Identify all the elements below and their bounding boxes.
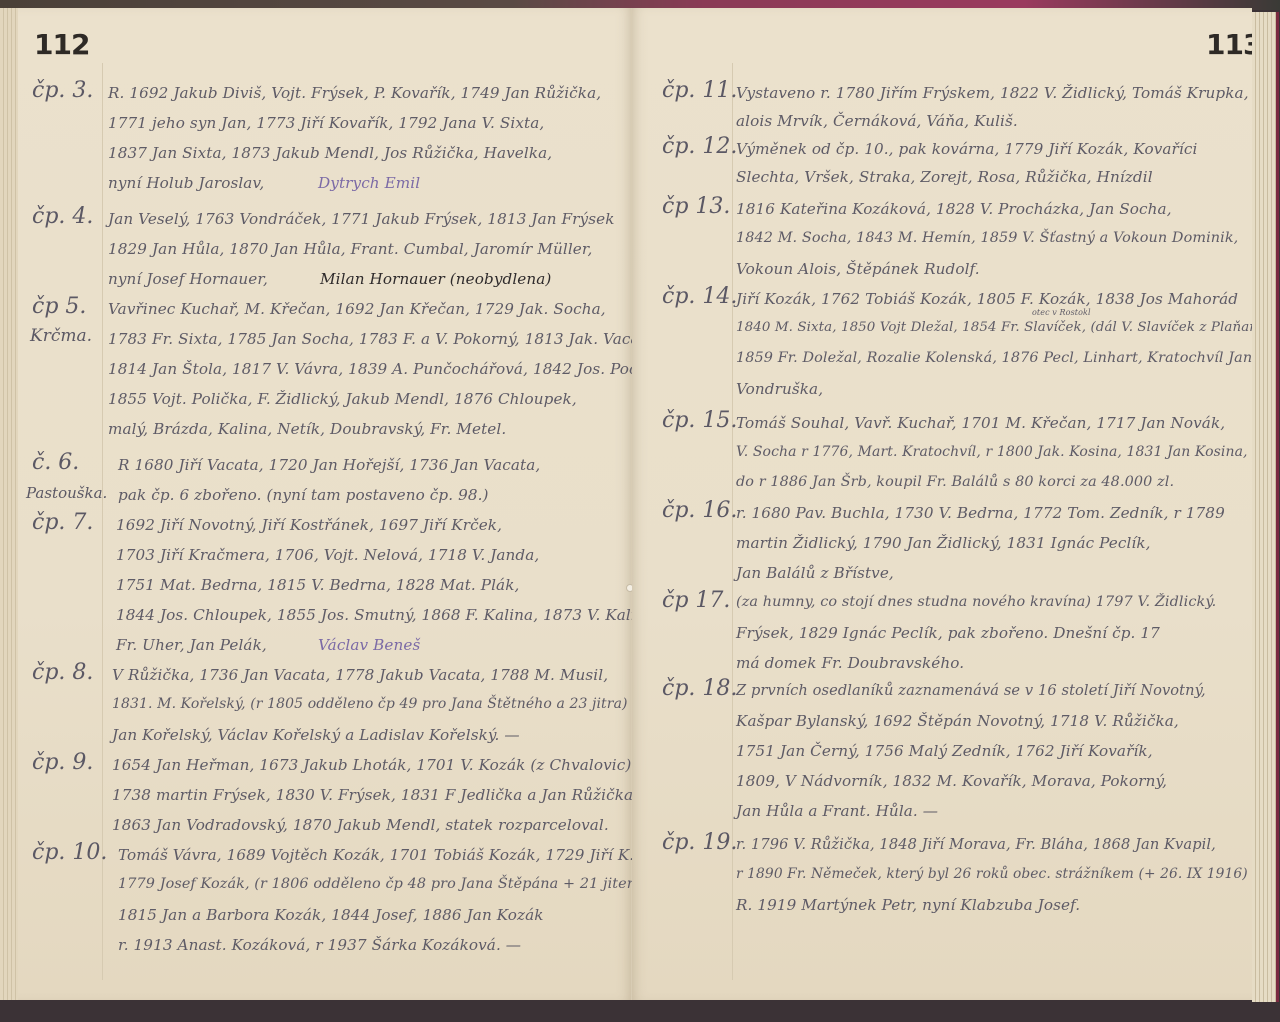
entry-line: 1816 Kateřina Kozáková, 1828 V. Procházk… (736, 200, 1172, 218)
entry-line: Tomáš Vávra, 1689 Vojtěch Kozák, 1701 To… (118, 846, 634, 864)
entry-line: 1692 Jiří Novotný, Jiří Kostřánek, 1697 … (116, 516, 502, 534)
right-page: 113 čp. 11. Vystaveno r. 1780 Jiřím Frýs… (632, 8, 1252, 1000)
entry-line: 1829 Jan Hůla, 1870 Jan Hůla, Frant. Cum… (108, 240, 592, 258)
entry-line: Jan Veselý, 1763 Vondráček, 1771 Jakub F… (108, 210, 615, 228)
entry-label: čp. 11. (662, 78, 737, 103)
entry-line: Kašpar Bylanský, 1692 Štěpán Novotný, 17… (736, 712, 1179, 730)
entry-line: 1844 Jos. Chloupek, 1855 Jos. Smutný, 18… (116, 606, 660, 624)
entry-label: čp. 16. (662, 498, 737, 523)
entry-line: V Růžička, 1736 Jan Vacata, 1778 Jakub V… (112, 666, 608, 684)
entry-line: alois Mrvík, Černáková, Váňa, Kuliš. (736, 112, 1018, 130)
entry-line: nyní Josef Hornauer, (108, 270, 268, 288)
open-book: 112 čp. 3. R. 1692 Jakub Diviš, Vojt. Fr… (0, 8, 1280, 1008)
entry-label: čp 13. (662, 194, 730, 219)
entry-label: čp. 14. (662, 284, 737, 309)
entry-label: čp. 15. (662, 408, 737, 433)
entry-line: Výměnek od čp. 10., pak kovárna, 1779 Ji… (736, 140, 1197, 158)
entry-line: 1837 Jan Sixta, 1873 Jakub Mendl, Jos Rů… (108, 144, 552, 162)
entry-superscript-note: otec v Rostokl (1032, 308, 1091, 317)
entry-line: 1654 Jan Heřman, 1673 Jakub Lhoták, 1701… (112, 756, 631, 774)
entry-line: r. 1913 Anast. Kozáková, r 1937 Šárka Ko… (118, 936, 521, 954)
entry-line: R 1680 Jiří Vacata, 1720 Jan Hořejší, 17… (118, 456, 540, 474)
entry-label: čp. 18. (662, 676, 737, 701)
entry-sublabel: Pastouška. (26, 484, 107, 502)
entry-label: čp. 4. (32, 204, 93, 229)
entry-line: r. 1796 V. Růžička, 1848 Jiří Morava, Fr… (736, 836, 1216, 853)
entry-line: Jan Kořelský, Václav Kořelský a Ladislav… (112, 726, 520, 744)
entry-line: 1831. M. Kořelský, (r 1805 odděleno čp 4… (112, 696, 628, 712)
entry-line: 1815 Jan a Barbora Kozák, 1844 Josef, 18… (118, 906, 544, 924)
entry-line: do r 1886 Jan Šrb, koupil Fr. Balálů s 8… (736, 474, 1174, 490)
entry-label: čp. 8. (32, 660, 93, 685)
entry-label: čp. 9. (32, 750, 93, 775)
entry-line: martin Židlický, 1790 Jan Židlický, 1831… (736, 534, 1151, 552)
entry-line: Tomáš Souhal, Vavř. Kuchař, 1701 M. Křeč… (736, 414, 1225, 432)
entry-line: 1814 Jan Štola, 1817 V. Vávra, 1839 A. P… (108, 360, 686, 378)
entry-line: Jiří Kozák, 1762 Tobiáš Kozák, 1805 F. K… (736, 290, 1238, 308)
entry-line: 1809, V Nádvorník, 1832 M. Kovařík, Mora… (736, 772, 1167, 790)
entry-line: r 1890 Fr. Němeček, který byl 26 roků ob… (736, 866, 1248, 882)
entry-line: 1738 martin Frýsek, 1830 V. Frýsek, 1831… (112, 786, 638, 804)
entry-line: Frýsek, 1829 Ignác Peclík, pak zbořeno. … (736, 624, 1160, 642)
entry-line: 1779 Josef Kozák, (r 1806 odděleno čp 48… (118, 876, 639, 892)
page-stack-edge-left (0, 8, 18, 1000)
entry-annotation: Milan Hornauer (neobydlena) (320, 270, 551, 288)
left-page: 112 čp. 3. R. 1692 Jakub Diviš, Vojt. Fr… (0, 8, 632, 1000)
entry-line: Vavřinec Kuchař, M. Křečan, 1692 Jan Kře… (108, 300, 606, 318)
entry-label: čp. 19. (662, 830, 737, 855)
entry-line: 1751 Mat. Bedrna, 1815 V. Bedrna, 1828 M… (116, 576, 519, 594)
entry-label: čp. 10. (32, 840, 107, 865)
entry-line: Jan Balálů z Břístve, (736, 564, 894, 582)
page-stack-edge-right (1252, 12, 1279, 1002)
entry-label: č. 6. (32, 450, 79, 475)
entry-sublabel: Krčma. (30, 326, 92, 346)
entry-line: r. 1680 Pav. Buchla, 1730 V. Bedrna, 177… (736, 504, 1225, 522)
entry-line: V. Socha r 1776, Mart. Kratochvíl, r 180… (736, 444, 1248, 460)
entry-line: R. 1919 Martýnek Petr, nyní Klabzuba Jos… (736, 896, 1080, 914)
entry-label: čp. 7. (32, 510, 93, 535)
entry-line: Vokoun Alois, Štěpánek Rudolf. (736, 260, 980, 278)
entry-label: čp 17. (662, 588, 730, 613)
entry-label: čp. 12. (662, 134, 737, 159)
entry-line: 1855 Vojt. Polička, F. Židlický, Jakub M… (108, 390, 577, 408)
entry-line: R. 1692 Jakub Diviš, Vojt. Frýsek, P. Ko… (108, 84, 601, 102)
entry-label: čp. 3. (32, 78, 93, 103)
entry-line: má domek Fr. Doubravského. (736, 654, 964, 672)
entry-line: 1840 M. Sixta, 1850 Vojt Dležal, 1854 Fr… (736, 320, 1263, 335)
entry-line: 1703 Jiří Kračmera, 1706, Vojt. Nelová, … (116, 546, 539, 564)
entry-line: 1751 Jan Černý, 1756 Malý Zedník, 1762 J… (736, 742, 1153, 760)
entry-line: Fr. Uher, Jan Pelák, (116, 636, 267, 654)
entry-line: 1863 Jan Vodradovský, 1870 Jakub Mendl, … (112, 816, 609, 834)
entry-label: čp 5. (32, 294, 86, 319)
entry-line: pak čp. 6 zbořeno. (nyní tam postaveno č… (118, 486, 489, 504)
entry-line: Z prvních osedlaníků zaznamenává se v 16… (736, 682, 1206, 699)
entry-line: 1859 Fr. Doležal, Rozalie Kolenská, 1876… (736, 350, 1257, 366)
entry-annotation: Václav Beneš (318, 636, 420, 654)
entry-line: malý, Brázda, Kalina, Netík, Doubravský,… (108, 420, 506, 438)
entry-line: 1771 jeho syn Jan, 1773 Jiří Kovařík, 17… (108, 114, 544, 132)
page-number-left: 112 (34, 28, 89, 61)
entry-line: (za humny, co stojí dnes studna nového k… (736, 594, 1216, 610)
entry-line: Slechta, Vršek, Straka, Zorejt, Rosa, Rů… (736, 168, 1153, 186)
entry-line: 1842 M. Socha, 1843 M. Hemín, 1859 V. Šť… (736, 230, 1238, 246)
entry-line: Jan Hůla a Frant. Hůla. — (736, 802, 938, 820)
entry-annotation: Dytrych Emil (318, 174, 420, 192)
entry-line: Vystaveno r. 1780 Jiřím Frýskem, 1822 V.… (736, 84, 1249, 102)
entry-line: 1783 Fr. Sixta, 1785 Jan Socha, 1783 F. … (108, 330, 655, 348)
entry-line: Vondruška, (736, 380, 823, 398)
entry-line: nyní Holub Jaroslav, (108, 174, 264, 192)
